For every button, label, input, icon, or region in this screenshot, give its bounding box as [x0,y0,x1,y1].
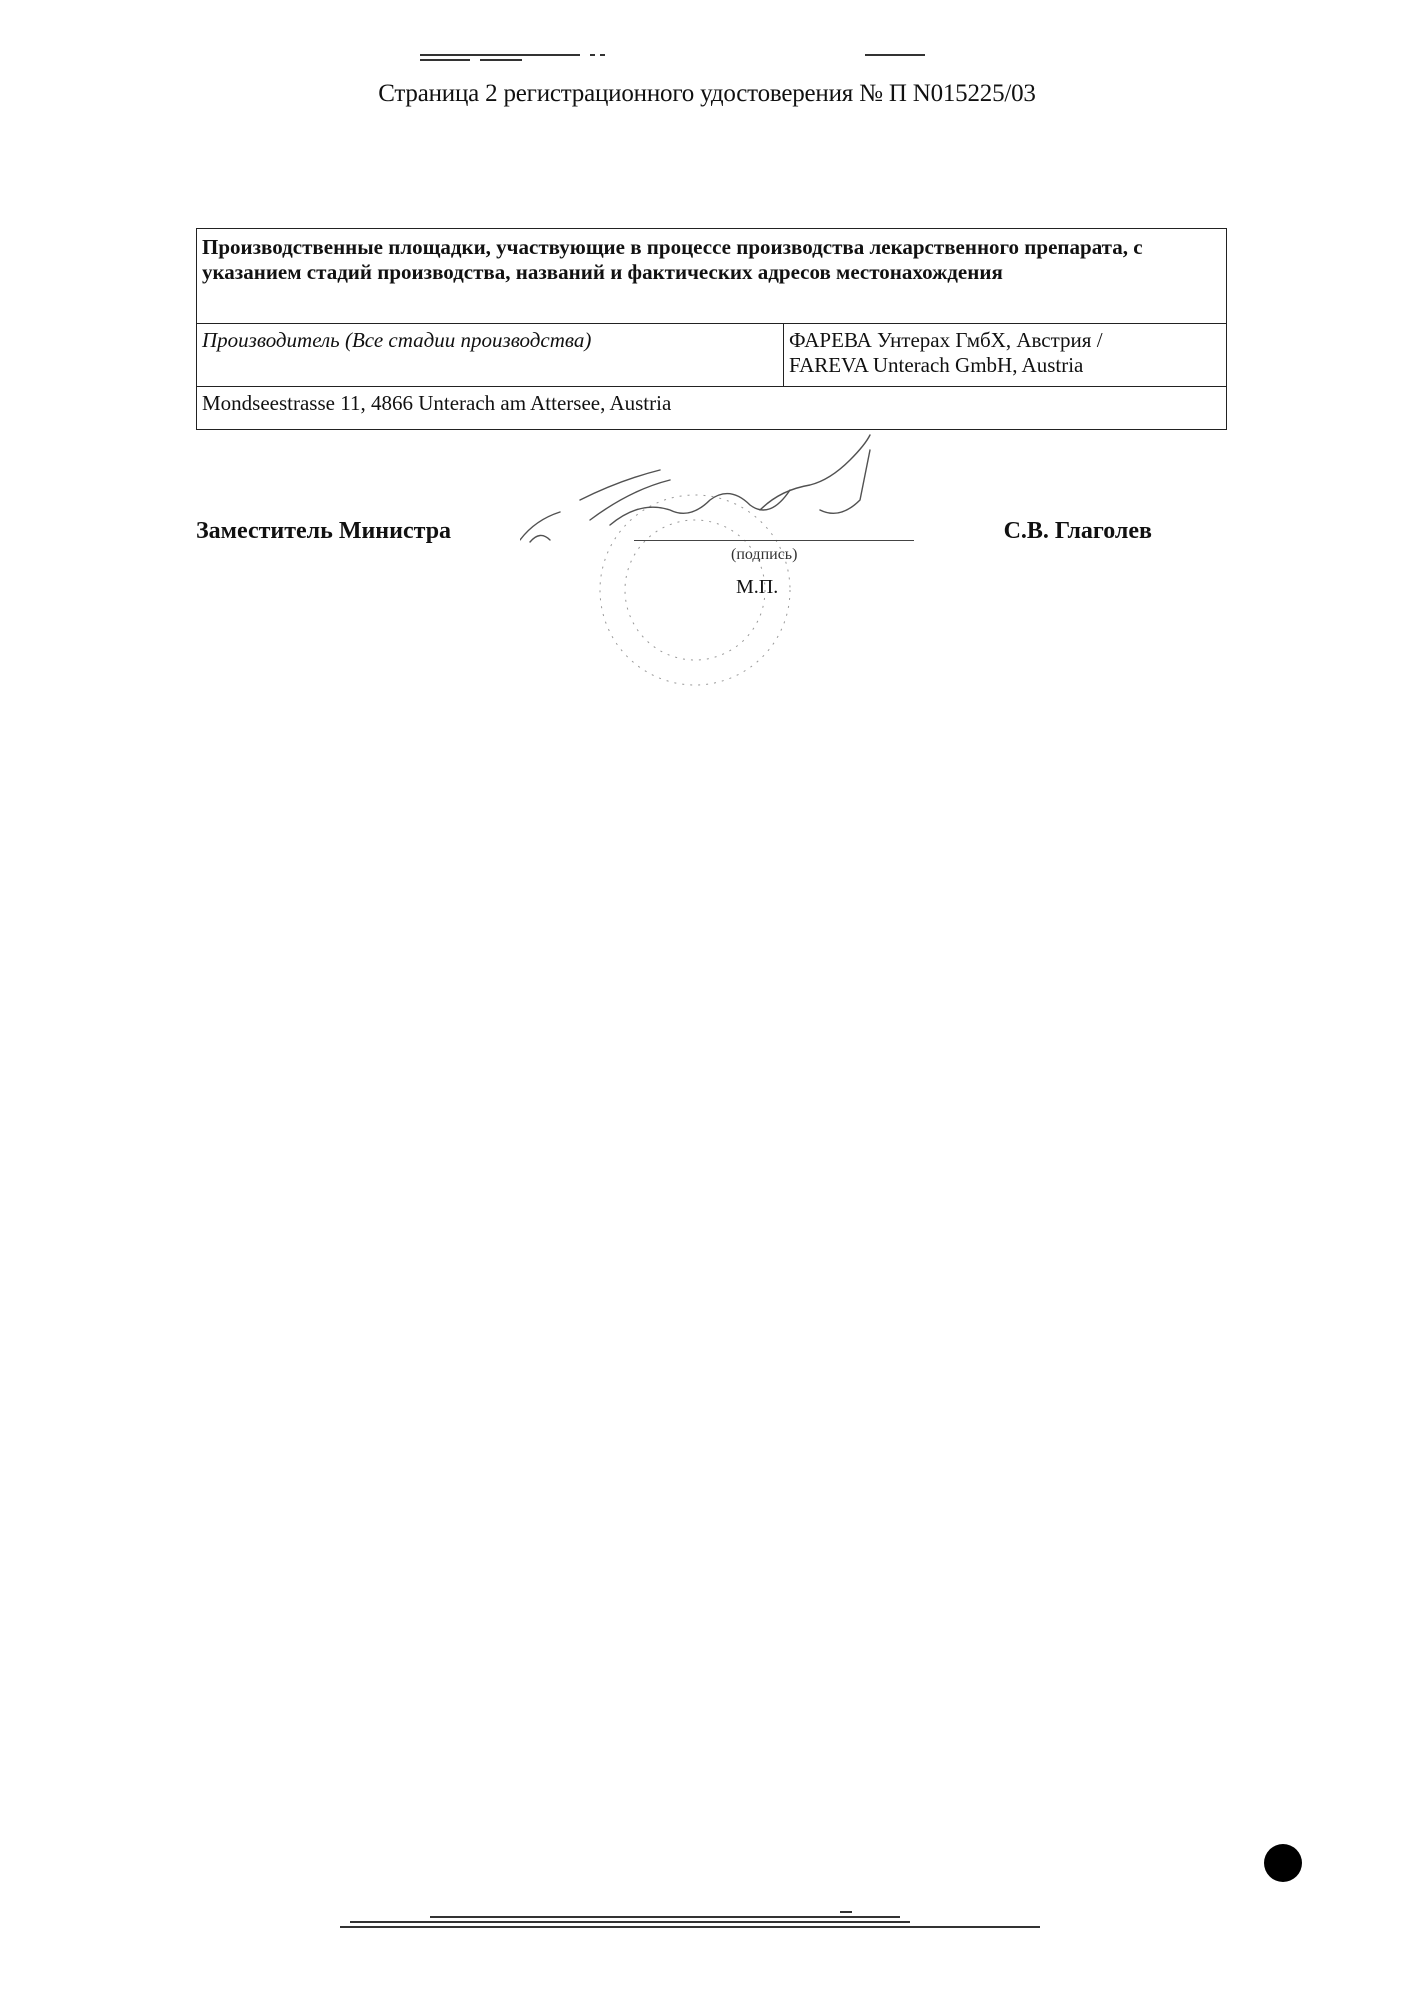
scan-artifact-top [420,50,960,80]
stamp-label: М.П. [736,576,778,599]
table-row: Производитель (Все стадии производства) … [197,324,1227,387]
signatory-name: С.В. Глаголев [1004,518,1152,545]
company-name-ru: ФАРЕВА Унтерах ГмбХ, Австрия / [789,328,1221,353]
signature-line [634,540,914,541]
punch-hole-icon [1264,1844,1302,1882]
signature-block: Заместитель Министра (подпись) М.П. С.В.… [196,510,1227,550]
table-heading-row: Производственные площадки, участвующие в… [197,229,1227,324]
manufacturing-sites-table: Производственные площадки, участвующие в… [196,228,1227,430]
table-row-address: Mondseestrasse 11, 4866 Unterach am Atte… [197,387,1227,430]
page-header: Страница 2 регистрационного удостоверени… [0,80,1414,108]
manufacturer-company: ФАРЕВА Унтерах ГмбХ, Австрия / FAREVA Un… [784,324,1227,387]
signatory-position: Заместитель Министра [196,518,451,545]
scan-artifact-bottom [340,1915,1060,1935]
company-name-en: FAREVA Unterach GmbH, Austria [789,353,1221,378]
manufacturer-role: Производитель (Все стадии производства) [197,324,784,387]
manufacturer-address: Mondseestrasse 11, 4866 Unterach am Atte… [197,387,1227,430]
table-heading: Производственные площадки, участвующие в… [197,229,1227,324]
signature-caption: (подпись) [731,546,797,564]
